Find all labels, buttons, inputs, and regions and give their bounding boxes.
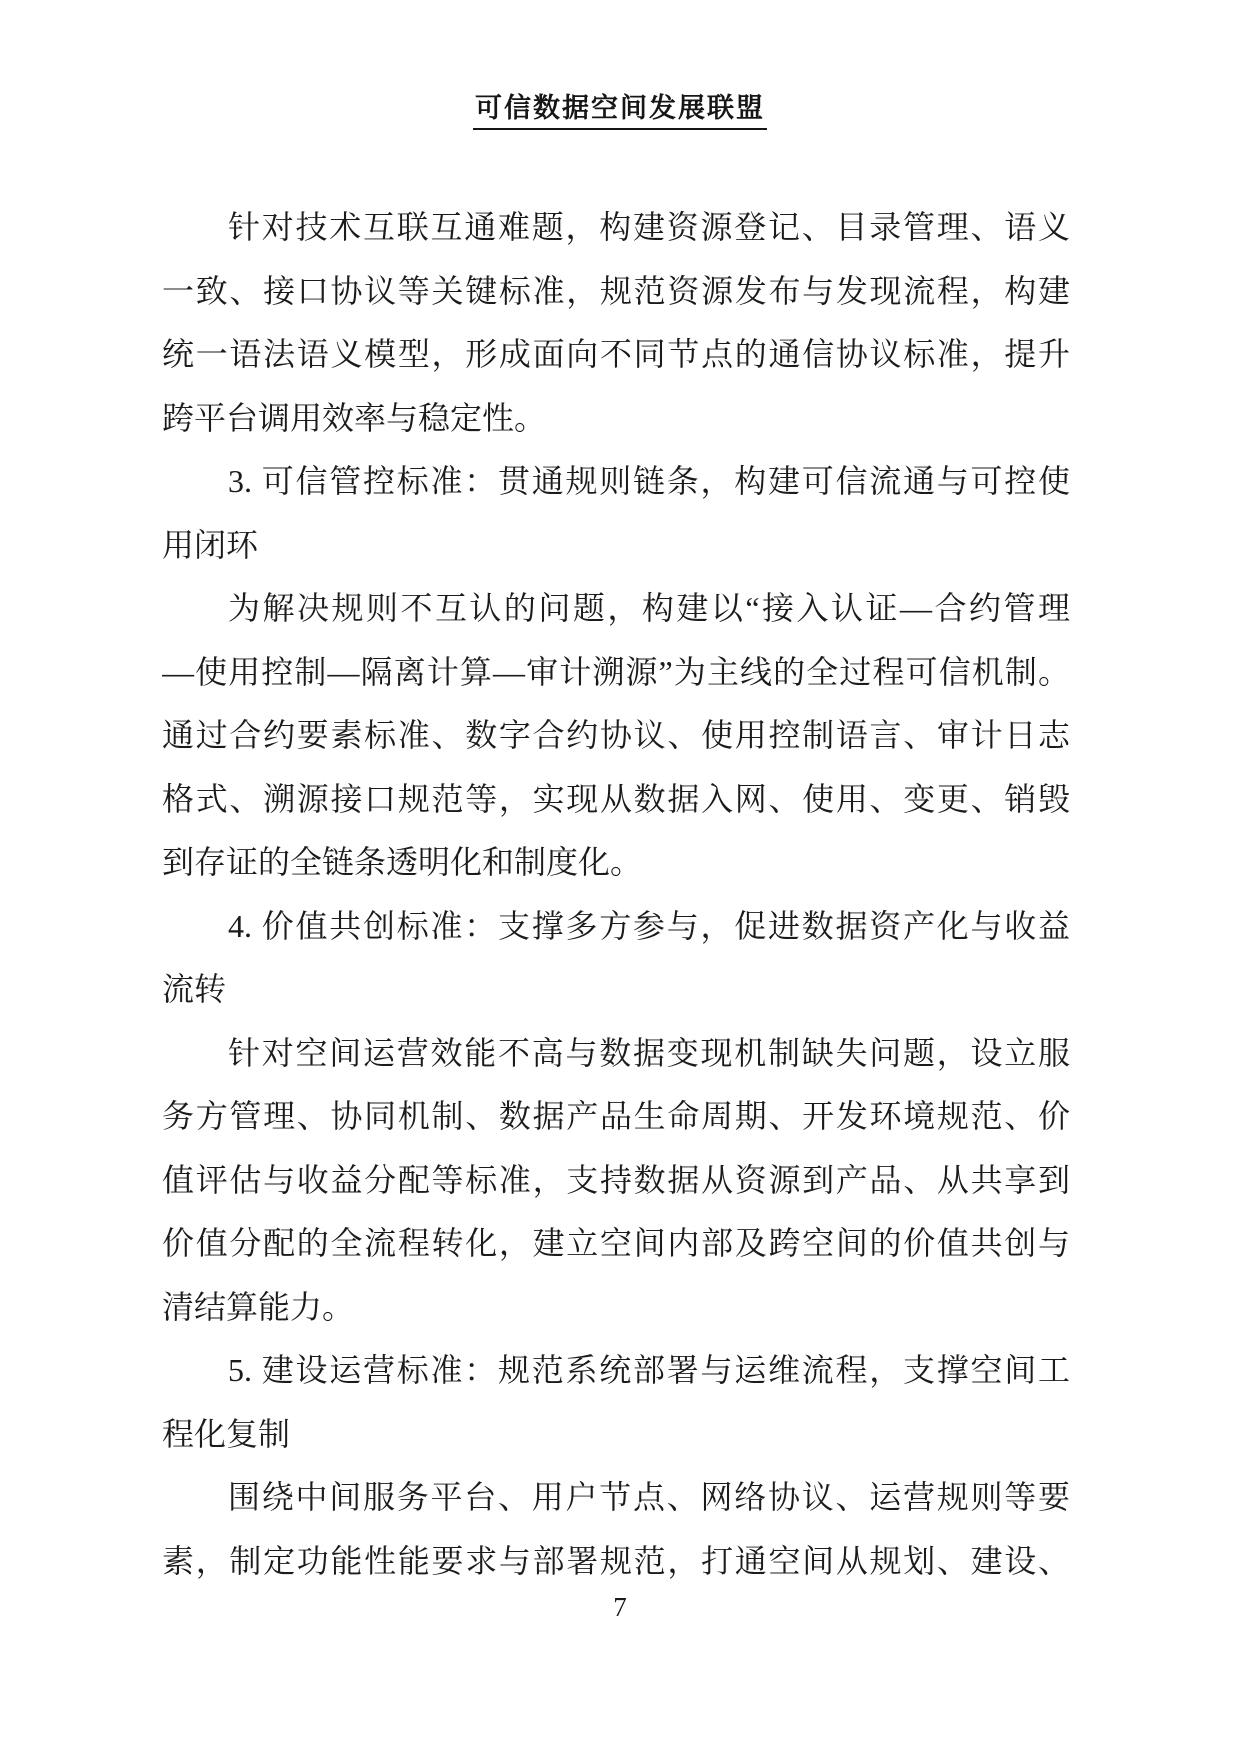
text-line: 围绕中间服务平台、用户节点、网络协议、运营规则等要 xyxy=(162,1466,1070,1530)
text-line: 统一语法语义模型，形成面向不同节点的通信协议标准，提升 xyxy=(162,323,1070,387)
text-line-section-heading: 程化复制 xyxy=(162,1403,1070,1467)
text-line: 跨平台调用效率与稳定性。 xyxy=(162,387,1070,451)
text-line: 值评估与收益分配等标准，支持数据从资源到产品、从共享到 xyxy=(162,1149,1070,1213)
text-line: 为解决规则不互认的问题，构建以“接入认证—合约管理 xyxy=(162,577,1070,641)
document-header-title: 可信数据空间发展联盟 xyxy=(473,86,767,130)
page-number: 7 xyxy=(0,1592,1240,1623)
text-line-section-heading: 用闭环 xyxy=(162,514,1070,578)
text-line: 针对空间运营效能不高与数据变现机制缺失问题，设立服 xyxy=(162,1022,1070,1086)
text-line: 价值分配的全流程转化，建立空间内部及跨空间的价值共创与 xyxy=(162,1212,1070,1276)
text-line: —使用控制—隔离计算—审计溯源”为主线的全过程可信机制。 xyxy=(162,641,1070,705)
text-line-section-heading: 流转 xyxy=(162,958,1070,1022)
text-line: 针对技术互联互通难题，构建资源登记、目录管理、语义 xyxy=(162,196,1070,260)
text-line: 素，制定功能性能要求与部署规范，打通空间从规划、建设、 xyxy=(162,1530,1070,1594)
text-line-section-heading: 5. 建设运营标准：规范系统部署与运维流程，支撑空间工 xyxy=(162,1339,1070,1403)
text-line-section-heading: 4. 价值共创标准：支撑多方参与，促进数据资产化与收益 xyxy=(162,895,1070,959)
document-page: 可信数据空间发展联盟 针对技术互联互通难题，构建资源登记、目录管理、语义 一致、… xyxy=(0,0,1240,1754)
text-line: 一致、接口协议等关键标准，规范资源发布与发现流程，构建 xyxy=(162,260,1070,324)
document-body: 针对技术互联互通难题，构建资源登记、目录管理、语义 一致、接口协议等关键标准，规… xyxy=(162,196,1070,1593)
text-line-section-heading: 3. 可信管控标准：贯通规则链条，构建可信流通与可控使 xyxy=(162,450,1070,514)
text-line: 到存证的全链条透明化和制度化。 xyxy=(162,831,1070,895)
document-header: 可信数据空间发展联盟 xyxy=(0,86,1240,130)
text-line: 通过合约要素标准、数字合约协议、使用控制语言、审计日志 xyxy=(162,704,1070,768)
text-line: 清结算能力。 xyxy=(162,1276,1070,1340)
text-line: 格式、溯源接口规范等，实现从数据入网、使用、变更、销毁 xyxy=(162,768,1070,832)
text-line: 务方管理、协同机制、数据产品生命周期、开发环境规范、价 xyxy=(162,1085,1070,1149)
